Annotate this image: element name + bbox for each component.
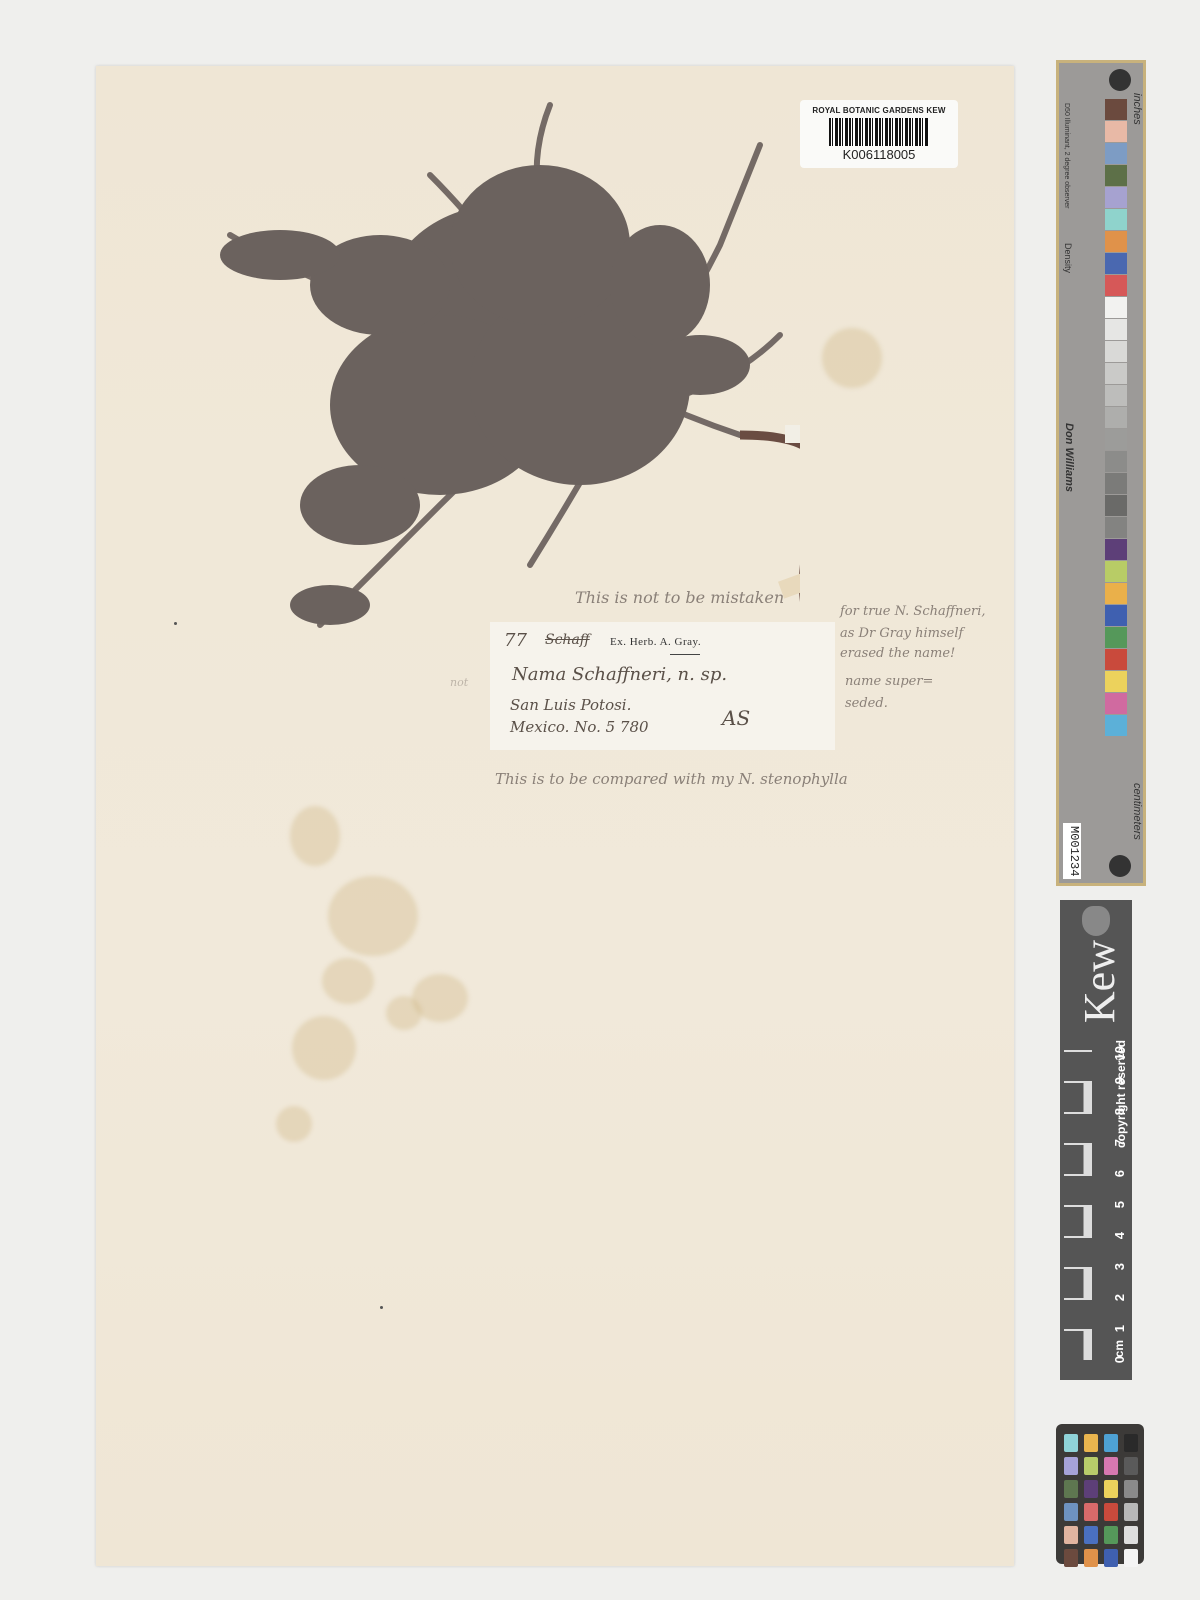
checker-patch: [1124, 1434, 1138, 1452]
annotation-line: not: [450, 676, 468, 689]
checker-patch: [1124, 1480, 1138, 1498]
scale-segment: [1064, 1050, 1092, 1081]
checker-patch: [1104, 1480, 1118, 1498]
cm-scale: [1064, 1050, 1092, 1375]
swatch: [1105, 429, 1127, 450]
swatch: [1105, 187, 1127, 208]
checker-patch: [1124, 1526, 1138, 1544]
swatch: [1105, 671, 1127, 692]
mounting-strap: [785, 425, 800, 443]
scale-tick-label: 2: [1112, 1294, 1127, 1301]
swatch: [1105, 319, 1127, 340]
scale-numbers: 012345678910: [1096, 1050, 1116, 1370]
stain: [322, 958, 374, 1004]
pressed-plant-specimen: [200, 85, 800, 675]
color-checker-card: [1056, 1424, 1144, 1564]
centimeters-label: centimeters: [1131, 783, 1143, 840]
scale-segment: [1064, 1267, 1092, 1298]
swatch: [1105, 407, 1127, 428]
inches-label: inches: [1131, 93, 1143, 125]
swatch: [1105, 165, 1127, 186]
swatch: [1105, 693, 1127, 714]
swatch: [1105, 363, 1127, 384]
checker-patch: [1064, 1480, 1078, 1498]
scale-segment: [1064, 1174, 1092, 1205]
checker-patch: [1084, 1549, 1098, 1567]
scale-segment: [1064, 1205, 1092, 1236]
annotation-line: This is not to be mistaken: [575, 588, 784, 607]
annotation-line: name super=: [845, 674, 933, 689]
specimen-label: 77 Schaff Ex. Herb. A. Gray. Nama Schaff…: [490, 622, 835, 750]
annotation-line: This is to be compared with my N. stenop…: [495, 770, 848, 788]
swatch: [1105, 297, 1127, 318]
checker-patch: [1084, 1434, 1098, 1452]
swatch: [1105, 495, 1127, 516]
kew-logo: Kew: [1074, 940, 1125, 1023]
initials: AS: [722, 706, 750, 730]
swatch: [1105, 715, 1127, 736]
checker-patch: [1124, 1549, 1138, 1567]
barcode-label: ROYAL BOTANIC GARDENS KEW K006118005: [800, 100, 958, 168]
ink-dot: [380, 1306, 383, 1309]
scale-segment: [1064, 1298, 1092, 1329]
brand-label: Don Williams: [1063, 423, 1075, 492]
scale-segment: [1064, 1236, 1092, 1267]
scale-tick-label: 3: [1112, 1263, 1127, 1270]
checker-patch: [1124, 1503, 1138, 1521]
checker-patch: [1064, 1457, 1078, 1475]
swatch: [1105, 583, 1127, 604]
checker-patch: [1104, 1457, 1118, 1475]
swatch: [1105, 253, 1127, 274]
stain: [290, 806, 340, 866]
checker-patch: [1104, 1549, 1118, 1567]
checker-patch: [1064, 1549, 1078, 1567]
checker-patch: [1124, 1457, 1138, 1475]
stain: [328, 876, 418, 956]
herbarium-header: Ex. Herb. A. Gray.: [610, 636, 701, 648]
checker-patch: [1084, 1480, 1098, 1498]
checker-patch: [1064, 1526, 1078, 1544]
annotation-line: erased the name!: [840, 646, 955, 661]
checker-patch: [1104, 1503, 1118, 1521]
collection-number: 77: [504, 630, 527, 651]
color-checker-grid: [1064, 1434, 1138, 1567]
swatch: [1105, 539, 1127, 560]
swatch: [1105, 275, 1127, 296]
annotation-line: as Dr Gray himself: [840, 626, 963, 641]
scale-tick-label: 6: [1112, 1170, 1127, 1177]
copyright-text: copyright reserved: [1114, 1040, 1128, 1148]
struck-text: Schaff: [545, 632, 590, 648]
checker-patch: [1064, 1434, 1078, 1452]
scale-segment: [1064, 1329, 1092, 1360]
swatch: [1105, 121, 1127, 142]
swatch: [1105, 473, 1127, 494]
swatch: [1105, 209, 1127, 230]
swatch: [1105, 341, 1127, 362]
swatch: [1105, 143, 1127, 164]
punch-hole: [1109, 69, 1131, 91]
scale-tick-label: 4: [1112, 1232, 1127, 1239]
color-bar-id: M001234: [1063, 823, 1081, 879]
unit-label: cm: [1112, 1340, 1126, 1357]
swatch: [1105, 649, 1127, 670]
scale-tick-label: 5: [1112, 1201, 1127, 1208]
stain: [292, 1016, 356, 1080]
scale-tick-label: 1: [1112, 1325, 1127, 1332]
barcode: [829, 118, 929, 146]
checker-patch: [1104, 1526, 1118, 1544]
swatch: [1105, 605, 1127, 626]
stain: [276, 1106, 312, 1142]
swatch: [1105, 231, 1127, 252]
locality: Mexico. No. 5 780: [510, 718, 649, 736]
stain: [386, 996, 422, 1030]
checker-patch: [1104, 1434, 1118, 1452]
locality: San Luis Potosi.: [510, 696, 631, 714]
scale-segment: [1064, 1143, 1092, 1174]
swatch: [1105, 627, 1127, 648]
swatch: [1105, 451, 1127, 472]
kew-crest-icon: [1082, 906, 1110, 936]
checker-patch: [1064, 1503, 1078, 1521]
color-swatches: [1105, 99, 1127, 737]
swatch: [1105, 385, 1127, 406]
density-label: Density: [1063, 243, 1073, 273]
swatch: [1105, 561, 1127, 582]
ink-dot: [174, 622, 177, 625]
divider: [670, 654, 700, 655]
swatch: [1105, 99, 1127, 120]
taxon-name: Nama Schaffneri, n. sp.: [512, 664, 727, 685]
color-calibration-bar: inches centimeters D50 Illuminant, 2 deg…: [1056, 60, 1146, 886]
scale-segment: [1064, 1112, 1092, 1143]
stain: [822, 328, 882, 388]
checker-patch: [1084, 1457, 1098, 1475]
checker-patch: [1084, 1526, 1098, 1544]
punch-hole: [1109, 855, 1131, 877]
institution-name: ROYAL BOTANIC GARDENS KEW: [800, 106, 958, 115]
annotation-line: seded.: [845, 696, 888, 711]
barcode-number: K006118005: [800, 147, 958, 162]
illuminant-label: D50 Illuminant, 2 degree observer: [1063, 103, 1070, 208]
checker-patch: [1084, 1503, 1098, 1521]
annotation-line: for true N. Schaffneri,: [840, 604, 986, 619]
swatch: [1105, 517, 1127, 538]
scale-segment: [1064, 1081, 1092, 1112]
kew-scale-bar: Kew 012345678910 copyright reserved cm: [1060, 900, 1132, 1380]
